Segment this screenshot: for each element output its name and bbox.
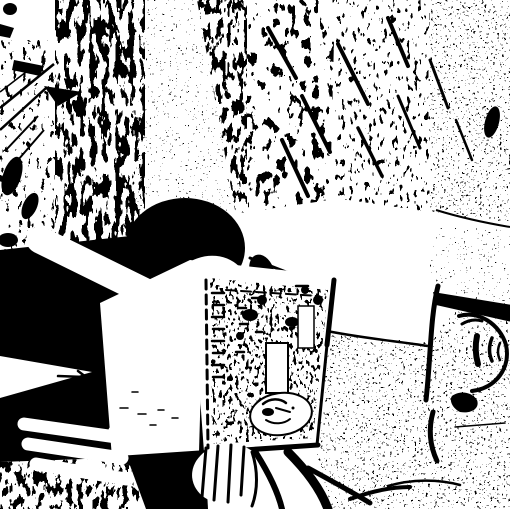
finger-tip	[108, 423, 132, 441]
binarized-photo	[0, 0, 510, 509]
mid-texture	[247, 0, 335, 212]
figure-panel	[298, 306, 314, 348]
debris-blob	[3, 3, 17, 15]
right-texture	[335, 0, 430, 212]
ear-inner-fold	[476, 336, 478, 364]
figure-panel	[266, 343, 288, 393]
bark-band-left	[55, 0, 145, 255]
